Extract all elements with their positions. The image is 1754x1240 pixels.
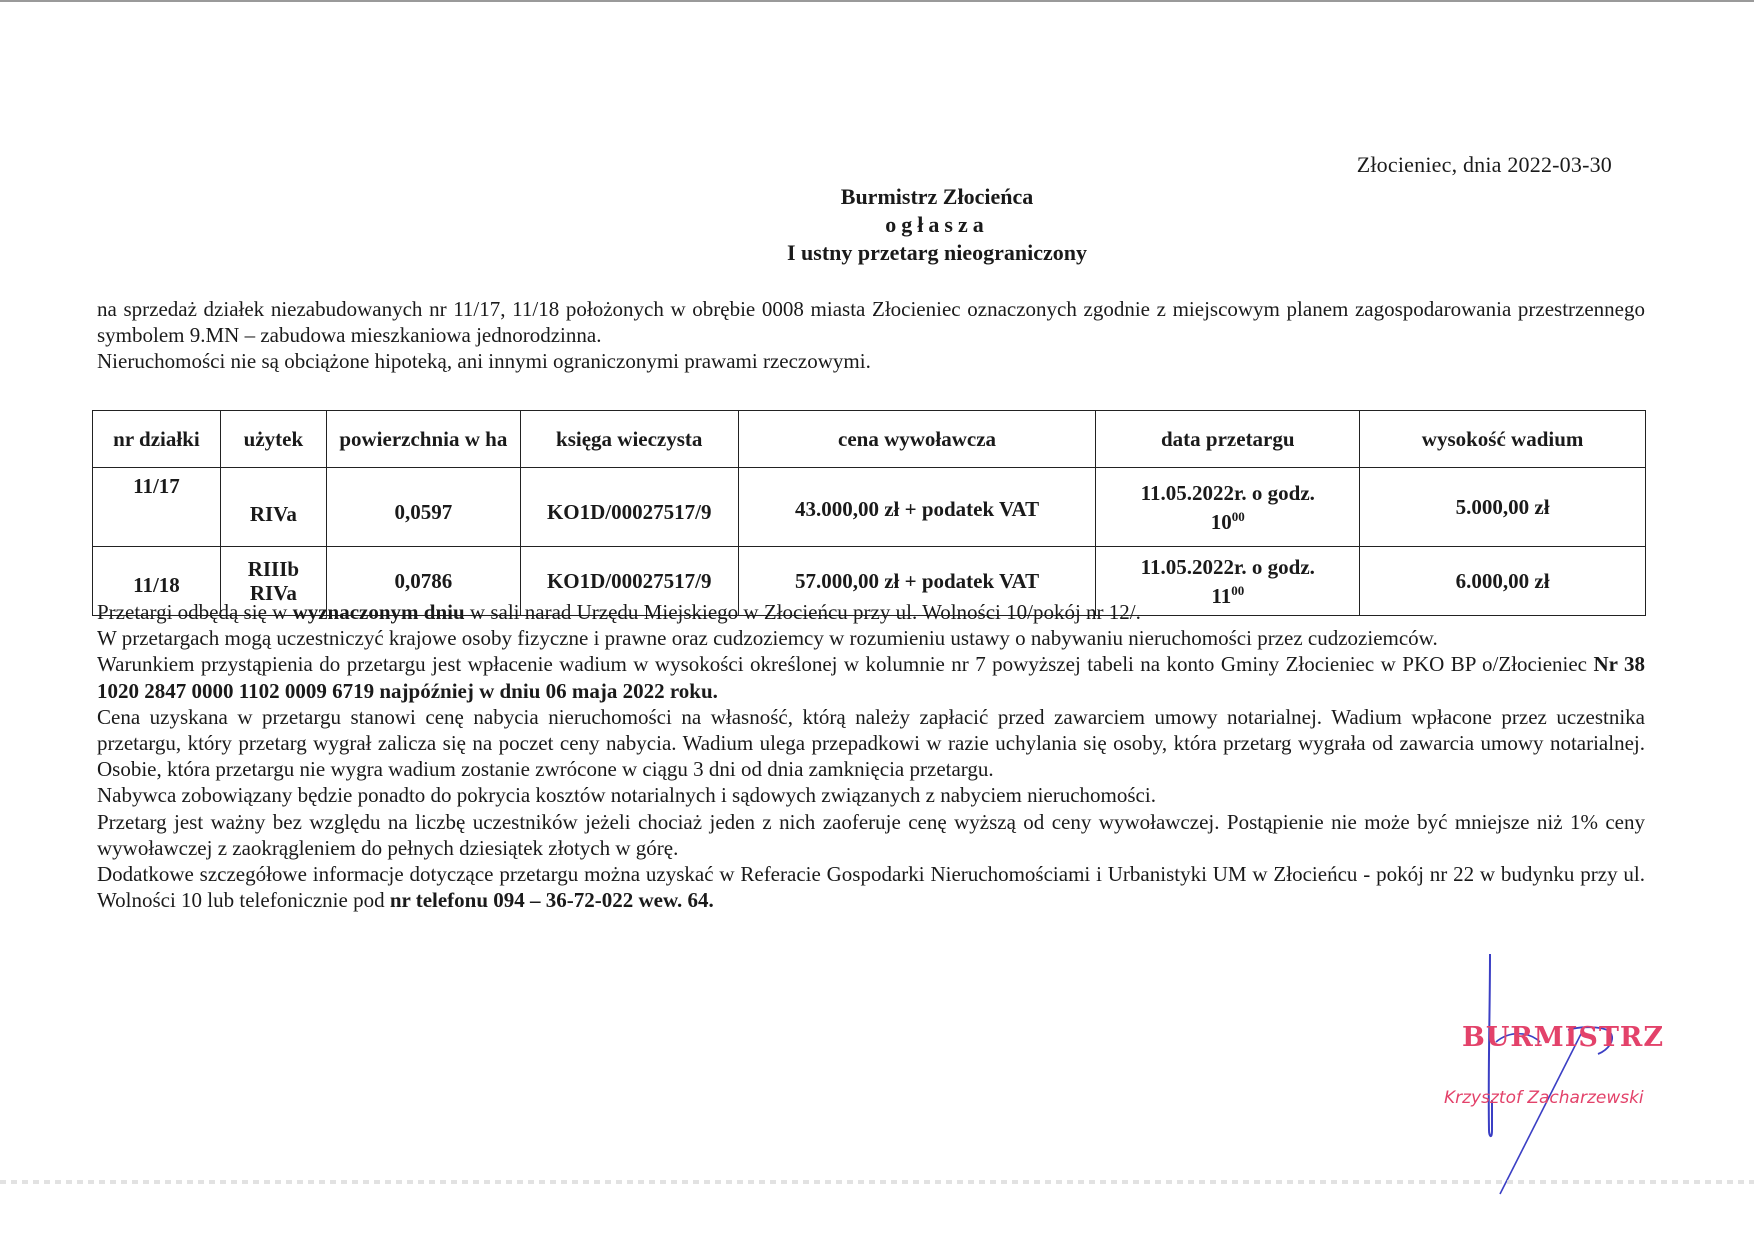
intro-section: na sprzedaż działek niezabudowanych nr 1…: [97, 296, 1645, 374]
paragraph-validity-and-bid-step: Przetarg jest ważny bez względu na liczb…: [97, 809, 1645, 861]
col-header-plot-number: nr działki: [93, 411, 221, 468]
cell-area: 0,0597: [326, 468, 520, 547]
cell-land-register: KO1D/00027517/9: [520, 468, 738, 547]
scan-artifact-line: [0, 1180, 1754, 1184]
table-row: 11/17 RIVa 0,0597 KO1D/00027517/9 43.000…: [93, 468, 1646, 547]
announcement-heading: Burmistrz Złocieńca ogłasza I ustny prze…: [0, 183, 1754, 267]
cell-land-use: RIVa: [220, 468, 326, 547]
tender-date-text: 11.05.2022r. o godz.: [1100, 481, 1355, 505]
paragraph-buyer-costs: Nabywca zobowiązany będzie ponadto do po…: [97, 782, 1645, 808]
cell-tender-date: 11.05.2022r. o godz. 1000: [1096, 468, 1360, 547]
table-header-row: nr działki użytek powierzchnia w ha księ…: [93, 411, 1646, 468]
heading-tender-type: I ustny przetarg nieograniczony: [120, 239, 1754, 267]
paragraph-deposit-payment: Warunkiem przystąpienia do przetargu jes…: [97, 651, 1645, 703]
stamp-title: BURMISTRZ: [1462, 1022, 1664, 1053]
cell-deposit: 5.000,00 zł: [1360, 468, 1646, 547]
heading-authority: Burmistrz Złocieńca: [120, 183, 1754, 211]
land-use-class: RIVa: [250, 502, 297, 526]
paragraph-contact-info: Dodatkowe szczegółowe informacje dotyczą…: [97, 861, 1645, 913]
place-date: Złocieniec, dnia 2022-03-30: [1357, 152, 1612, 178]
emphasis-designated-day: wyznaczonym dniu: [293, 600, 465, 624]
col-header-area: powierzchnia w ha: [326, 411, 520, 468]
paragraph-eligibility: W przetargach mogą uczestniczyć krajowe …: [97, 625, 1645, 651]
phone-number: nr telefonu 094 – 36-72-022 wew. 64.: [390, 888, 714, 912]
conditions-section: Przetargi odbędą się w wyznaczonym dniu …: [97, 599, 1645, 913]
col-header-deposit: wysokość wadium: [1360, 411, 1646, 468]
plots-table: nr działki użytek powierzchnia w ha księ…: [92, 410, 1646, 616]
cell-starting-price: 43.000,00 zł + podatek VAT: [738, 468, 1096, 547]
scan-edge-top: [0, 0, 1754, 2]
paragraph-venue: Przetargi odbędą się w wyznaczonym dniu …: [97, 599, 1645, 625]
tender-date-text: 11.05.2022r. o godz.: [1100, 555, 1355, 579]
paragraph-price-and-deposit-rules: Cena uzyskana w przetargu stanowi cenę n…: [97, 704, 1645, 783]
col-header-land-use: użytek: [220, 411, 326, 468]
intro-paragraph-sale: na sprzedaż działek niezabudowanych nr 1…: [97, 296, 1645, 348]
heading-announces: ogłasza: [120, 211, 1754, 239]
cell-plot-number: 11/17: [93, 468, 221, 547]
tender-time: 1000: [1100, 505, 1355, 534]
col-header-land-register: księga wieczysta: [520, 411, 738, 468]
intro-paragraph-encumbrance: Nieruchomości nie są obciążone hipoteką,…: [97, 348, 1645, 374]
handwritten-signature-icon: [1480, 950, 1640, 1195]
col-header-tender-date: data przetargu: [1096, 411, 1360, 468]
land-use-class: RIIIb: [225, 557, 322, 581]
col-header-starting-price: cena wywoławcza: [738, 411, 1096, 468]
stamp-name: Krzysztof Zacharzewski: [1444, 1088, 1644, 1108]
